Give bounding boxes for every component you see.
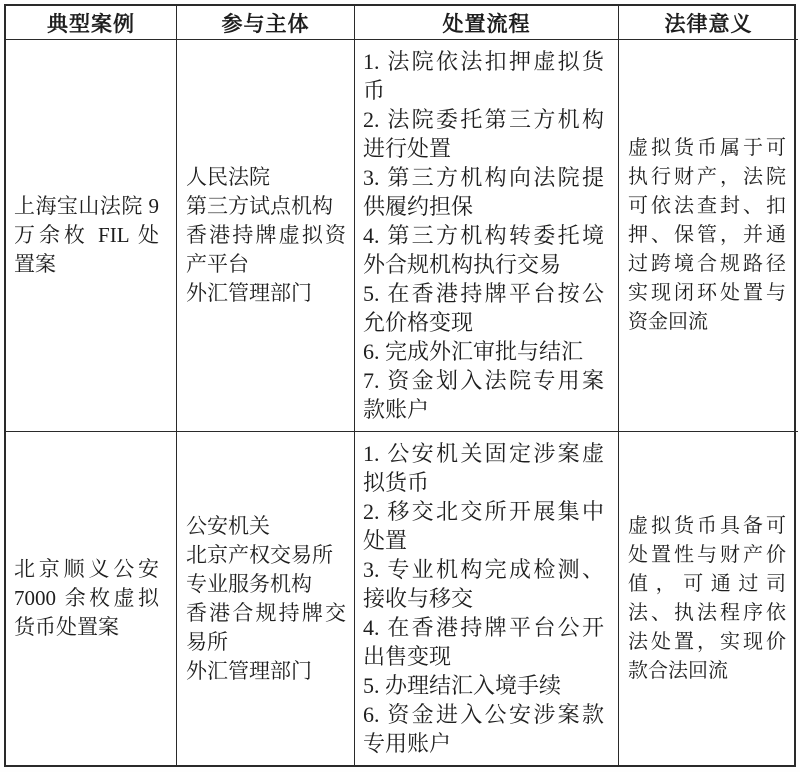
list-line: 专业服务机构	[186, 570, 346, 599]
list-line: 5. 在香港持牌平台按公允价格变现	[363, 279, 604, 337]
list-line: 第三方试点机构	[186, 192, 346, 221]
list-line: 香港持牌虚拟资产平台	[186, 221, 346, 279]
list-line: 2. 移交北交所开展集中处置	[363, 497, 604, 555]
table-row-2-process-cell: 1. 公安机关固定涉案虚拟货币2. 移交北交所开展集中处置3. 专业机构完成检测…	[355, 432, 619, 765]
list-line: 外汇管理部门	[186, 279, 346, 308]
table-row-1-participants-cell: 人民法院第三方试点机构香港持牌虚拟资产平台外汇管理部门	[177, 40, 355, 432]
list-line: 6. 资金进入公安涉案款专用账户	[363, 700, 604, 758]
list-line: 4. 第三方机构转委托境外合规机构执行交易	[363, 221, 604, 279]
significance-text: 虚拟货币具备可处置性与财产价值，可通过司法、执法程序依法处置，实现价款合法回流	[628, 512, 786, 686]
list-line: 1. 法院依法扣押虚拟货币	[363, 47, 604, 105]
table-row-2-significance-cell: 虚拟货币具备可处置性与财产价值，可通过司法、执法程序依法处置，实现价款合法回流	[619, 432, 798, 765]
participants-list: 人民法院第三方试点机构香港持牌虚拟资产平台外汇管理部门	[186, 163, 346, 308]
list-line: 香港合规持牌交易所	[186, 599, 346, 657]
list-line: 3. 第三方机构向法院提供履约担保	[363, 163, 604, 221]
list-line: 北京产权交易所	[186, 541, 346, 570]
list-line: 6. 完成外汇审批与结汇	[363, 337, 604, 366]
table-row-2-participants-cell: 公安机关北京产权交易所专业服务机构香港合规持牌交易所外汇管理部门	[177, 432, 355, 765]
list-line: 公安机关	[186, 512, 346, 541]
header-cell-significance: 法律意义	[619, 6, 798, 40]
header-label-significance: 法律意义	[665, 8, 753, 38]
list-line: 5. 办理结汇入境手续	[363, 671, 604, 700]
document-page: 典型案例 参与主体 处置流程 法律意义 上海宝山法院 9 万余枚 FIL 处置案…	[0, 0, 800, 772]
list-line: 1. 公安机关固定涉案虚拟货币	[363, 439, 604, 497]
list-line: 2. 法院委托第三方机构进行处置	[363, 105, 604, 163]
process-list: 1. 法院依法扣押虚拟货币2. 法院委托第三方机构进行处置3. 第三方机构向法院…	[363, 47, 604, 424]
table-row-2-case-cell: 北京顺义公安 7000 余枚虚拟货币处置案	[6, 432, 177, 765]
case-name: 上海宝山法院 9 万余枚 FIL 处置案	[14, 192, 159, 279]
header-cell-case: 典型案例	[6, 6, 177, 40]
process-list: 1. 公安机关固定涉案虚拟货币2. 移交北交所开展集中处置3. 专业机构完成检测…	[363, 439, 604, 758]
significance-text: 虚拟货币属于可执行财产，法院可依法查封、扣押、保管，并通过跨境合规路径实现闭环处…	[628, 134, 786, 337]
header-cell-process: 处置流程	[355, 6, 619, 40]
header-label-case: 典型案例	[47, 8, 135, 38]
list-line: 外汇管理部门	[186, 657, 346, 686]
table-row-1-process-cell: 1. 法院依法扣押虚拟货币2. 法院委托第三方机构进行处置3. 第三方机构向法院…	[355, 40, 619, 432]
list-line: 3. 专业机构完成检测、接收与移交	[363, 555, 604, 613]
case-comparison-table: 典型案例 参与主体 处置流程 法律意义 上海宝山法院 9 万余枚 FIL 处置案…	[4, 4, 796, 767]
case-name: 北京顺义公安 7000 余枚虚拟货币处置案	[14, 555, 159, 642]
list-line: 7. 资金划入法院专用案款账户	[363, 366, 604, 424]
list-line: 人民法院	[186, 163, 346, 192]
header-label-participants: 参与主体	[222, 8, 310, 38]
table-row-1-case-cell: 上海宝山法院 9 万余枚 FIL 处置案	[6, 40, 177, 432]
header-label-process: 处置流程	[443, 8, 531, 38]
list-line: 4. 在香港持牌平台公开出售变现	[363, 613, 604, 671]
participants-list: 公安机关北京产权交易所专业服务机构香港合规持牌交易所外汇管理部门	[186, 512, 346, 686]
header-cell-participants: 参与主体	[177, 6, 355, 40]
table-row-1-significance-cell: 虚拟货币属于可执行财产，法院可依法查封、扣押、保管，并通过跨境合规路径实现闭环处…	[619, 40, 798, 432]
